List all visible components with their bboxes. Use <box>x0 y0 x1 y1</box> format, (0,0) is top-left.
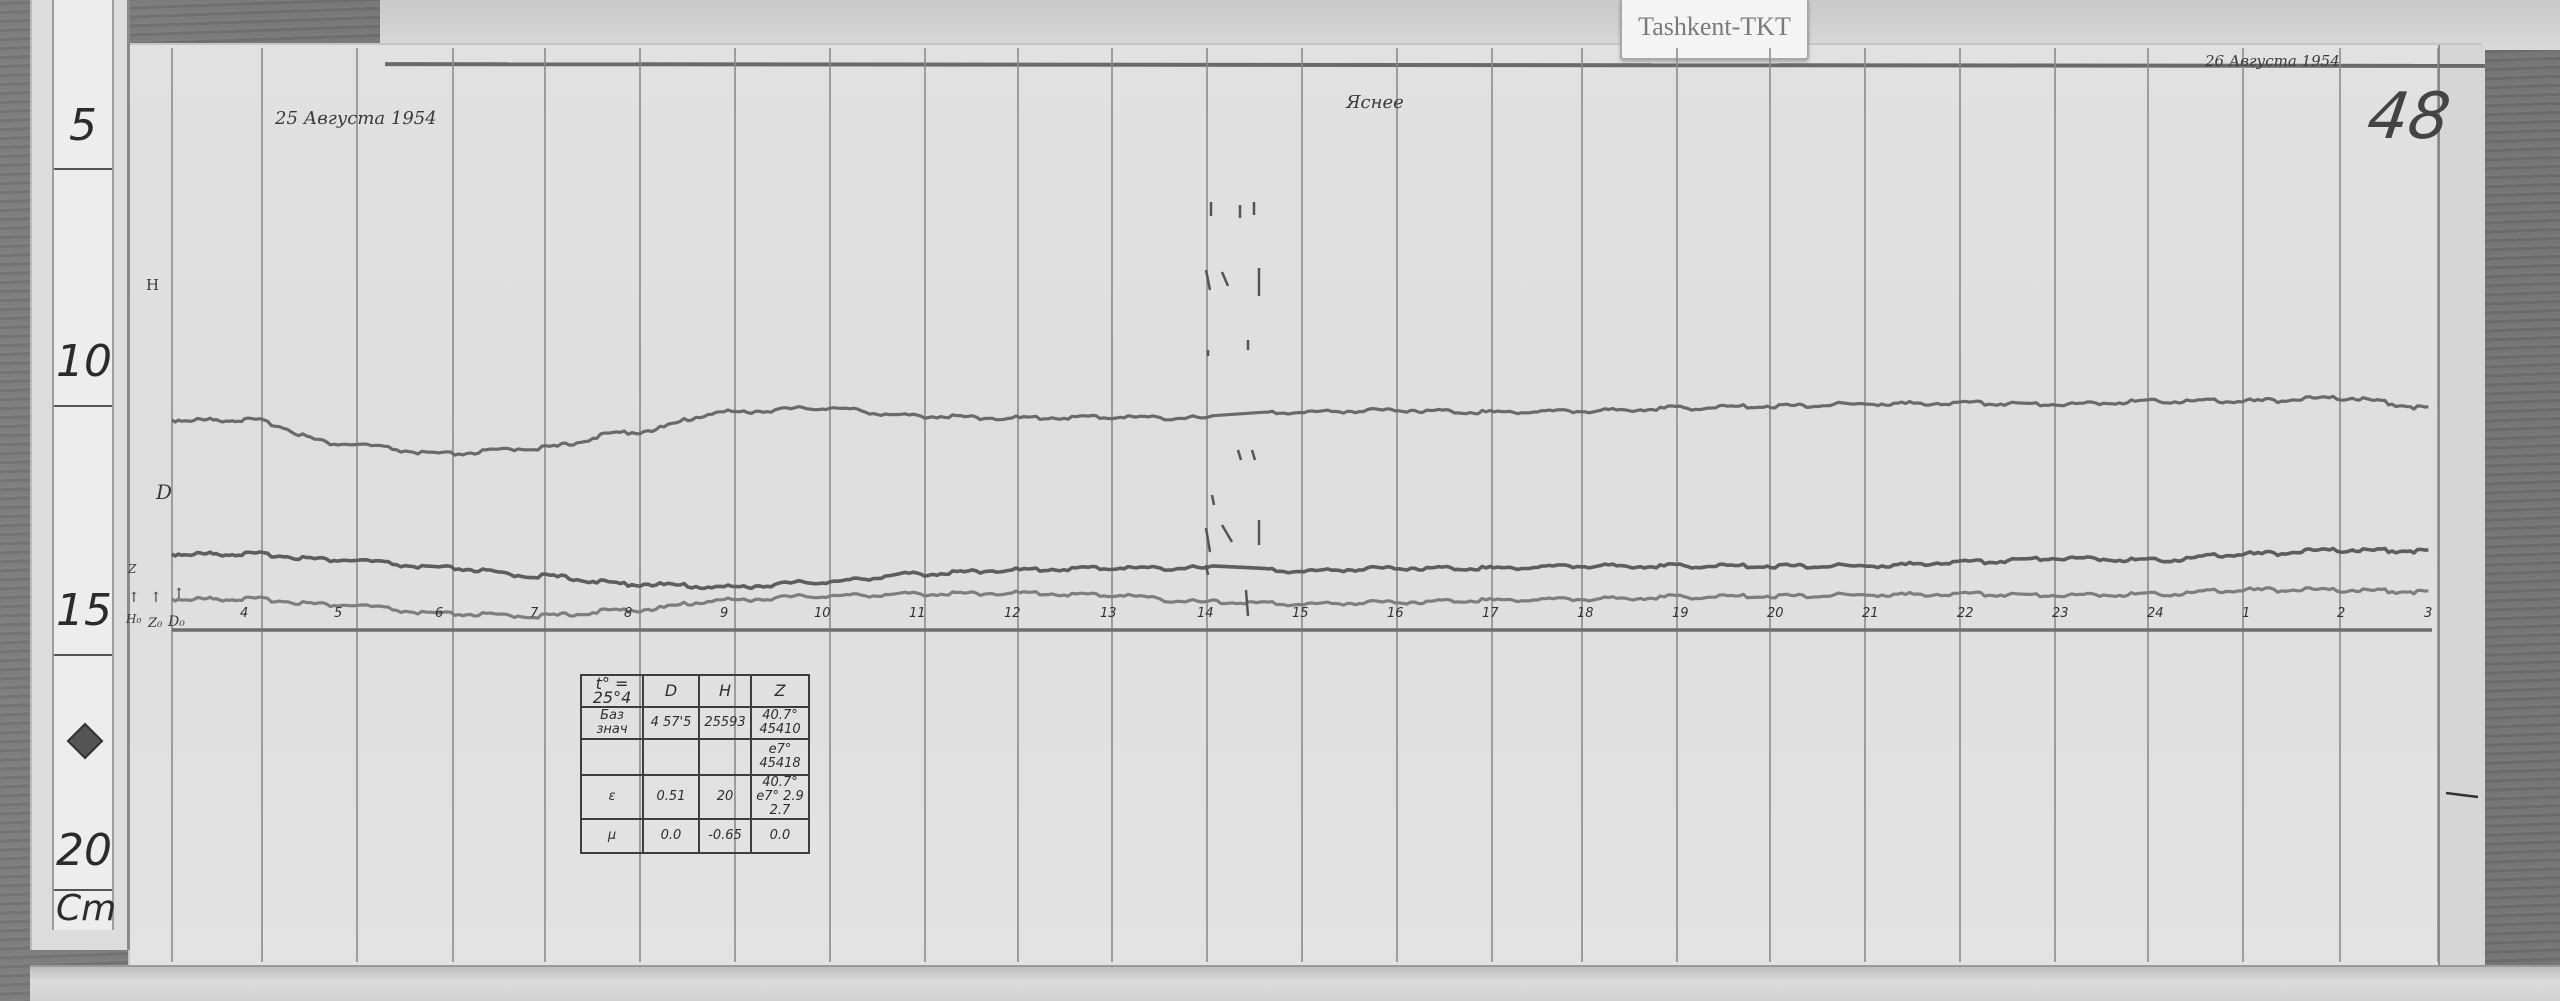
table-cell <box>581 739 643 775</box>
hour-label: 20 <box>1767 606 1784 621</box>
end-date: 26 Августа 1954 <box>2205 52 2340 70</box>
table-cell <box>699 739 751 775</box>
hour-label: 10 <box>814 606 831 621</box>
signature: Яснее <box>1346 92 1404 113</box>
table-cell: 40.7° 45410 <box>751 707 809 739</box>
table-header-row: t° = 25°4 D H Z <box>581 675 809 707</box>
table-header-cell: Z <box>751 675 809 707</box>
hour-label: 11 <box>909 606 926 621</box>
trace-label-z: Z <box>128 562 136 576</box>
table-cell: Баз знач <box>581 707 643 739</box>
table-cell: 20 <box>699 775 751 819</box>
trace-d <box>172 548 2428 588</box>
table-cell: 0.51 <box>643 775 699 819</box>
hour-label: 2 <box>2337 606 2345 621</box>
hour-label: 6 <box>435 606 443 621</box>
table-header-cell: t° = 25°4 <box>581 675 643 707</box>
hour-label: 13 <box>1100 606 1117 621</box>
table-row: Баз знач 4 57'5 25593 40.7° 45410 <box>581 707 809 739</box>
hour-label: 9 <box>720 606 728 621</box>
table-cell <box>643 739 699 775</box>
hour-label: 1 <box>2242 606 2250 621</box>
table-cell: 40.7° e7° 2.9 2.7 <box>751 775 809 819</box>
hour-label: 12 <box>1004 606 1021 621</box>
table-cell: 0.0 <box>643 819 699 853</box>
hour-gridlines <box>172 48 2438 962</box>
hour-label: 4 <box>240 606 248 621</box>
hour-label: 23 <box>2052 606 2069 621</box>
arrow-up-icon: ↑ <box>173 586 185 602</box>
trace-h <box>172 396 2428 455</box>
trace-label-h: H <box>146 276 159 294</box>
table-cell: 25593 <box>699 707 751 739</box>
table-cell: 4 57'5 <box>643 707 699 739</box>
table-cell: ε <box>581 775 643 819</box>
hour-label: 8 <box>624 606 632 621</box>
hour-label: 16 <box>1387 606 1404 621</box>
table-row: ε 0.51 20 40.7° e7° 2.9 2.7 <box>581 775 809 819</box>
hour-label: 24 <box>2147 606 2164 621</box>
bottom-mount-strip <box>30 965 2560 1001</box>
baseline-label-z0: Z₀ <box>148 616 162 631</box>
hour-label: 18 <box>1577 606 1594 621</box>
arrow-up-icon: ↑ <box>128 590 140 606</box>
time-marks <box>1206 202 1259 616</box>
trace-label-d: D <box>156 480 172 504</box>
hour-label: 22 <box>1957 606 1974 621</box>
table-cell: μ <box>581 819 643 853</box>
magnetogram-chart <box>0 0 2560 1001</box>
hour-label: 21 <box>1862 606 1879 621</box>
hour-label: 15 <box>1292 606 1309 621</box>
table-cell: -0.65 <box>699 819 751 853</box>
table-row: e7° 45418 <box>581 739 809 775</box>
baseline-values-table: t° = 25°4 D H Z Баз знач 4 57'5 25593 40… <box>580 674 810 854</box>
table-cell: 0.0 <box>751 819 809 853</box>
hour-label: 5 <box>334 606 342 621</box>
hour-label: 7 <box>530 606 538 621</box>
table-cell: e7° 45418 <box>751 739 809 775</box>
edge-mark <box>2446 793 2478 797</box>
table-header-cell: D <box>643 675 699 707</box>
hour-label: 19 <box>1672 606 1689 621</box>
table-row: μ 0.0 -0.65 0.0 <box>581 819 809 853</box>
arrow-up-icon: ↑ <box>150 590 162 606</box>
baseline-label-d0: D₀ <box>168 614 185 630</box>
page-number: 48 <box>2363 80 2455 154</box>
hour-label: 14 <box>1197 606 1214 621</box>
hour-label: 3 <box>2424 606 2432 621</box>
table-header-cell: H <box>699 675 751 707</box>
hour-label: 17 <box>1482 606 1499 621</box>
baseline-label-h0: H₀ <box>126 612 141 626</box>
start-date: 25 Августа 1954 <box>275 108 437 129</box>
